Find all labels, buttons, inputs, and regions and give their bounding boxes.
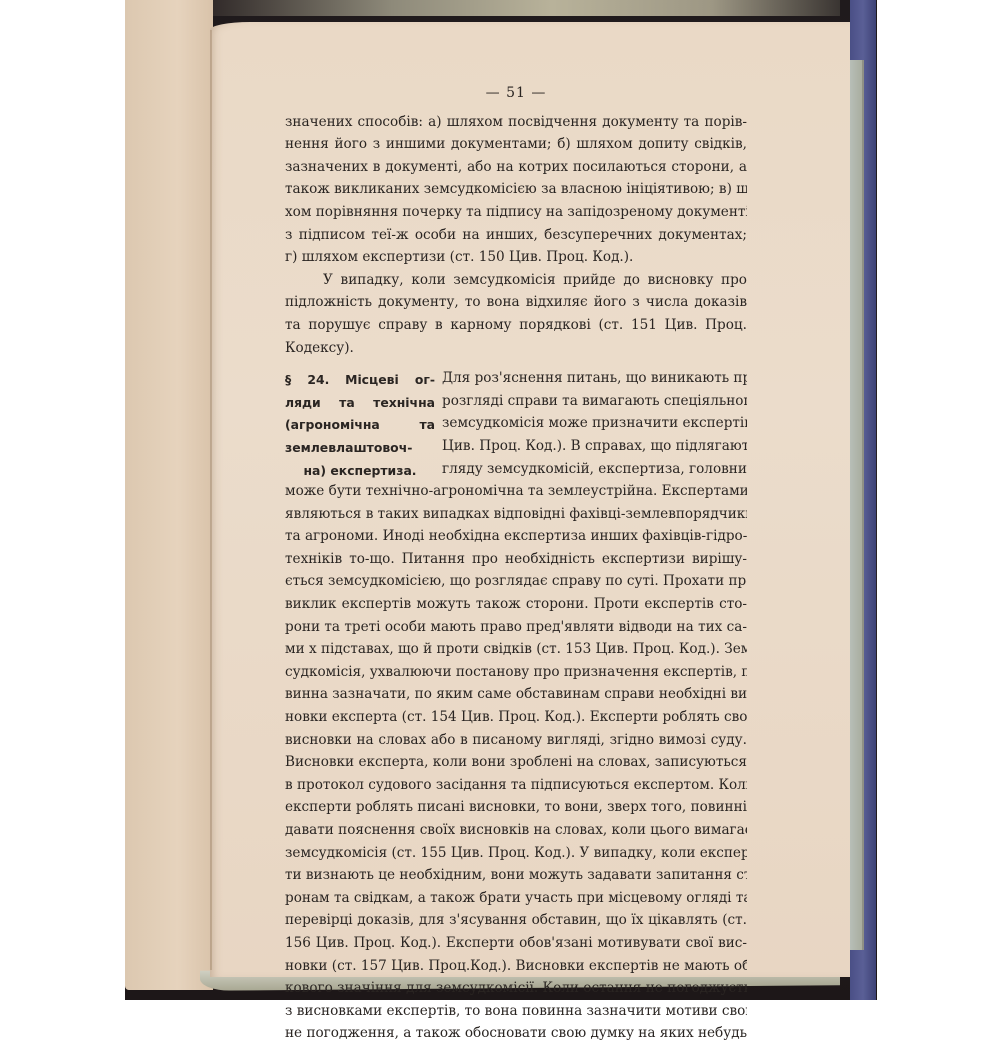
text-line: хом порівняння почерку та підпису на зап…: [285, 201, 747, 224]
text-line: техніків то-що. Питання про необхідність…: [285, 548, 747, 571]
text-line: земсудкомісія (ст. 155 Цив. Проц. Код.).…: [285, 842, 747, 865]
text-line: розгляді справи та вимагають спеціяльног…: [442, 390, 747, 413]
page-gutter: [210, 30, 212, 970]
margin-title-line: землевлаштовоч-: [285, 437, 435, 460]
top-page-edge: [200, 0, 840, 16]
text-line: ронам та свідкам, а також брати участь п…: [285, 887, 747, 910]
margin-title-line: ляди та технічна: [285, 392, 435, 415]
text-line: перевірці доказів, для з'ясування обстав…: [285, 909, 747, 932]
section-number: § 24.: [285, 372, 329, 387]
text-line: з підписом теї-ж особи на инших, безсупе…: [285, 224, 747, 247]
text-line: являються в таких випадках відповідні фа…: [285, 503, 747, 526]
text-line: новки (ст. 157 Цив. Проц.Код.). Висновки…: [285, 955, 747, 978]
text-line: та порушує справу в карному порядкові (с…: [285, 314, 747, 337]
page-text-block: — 51 — значених способів: а) шляхом посв…: [285, 82, 747, 1000]
text-line: може бути технічно-агрономічна та землеу…: [285, 480, 747, 503]
text-line: ми х підставах, що й проти свідків (ст. …: [285, 638, 747, 661]
text-line: виклик експертів можуть також сторони. П…: [285, 593, 747, 616]
text-line: земсудкомісія може призначити експертів …: [442, 412, 747, 435]
text-line: Цив. Проц. Код.). В справах, що підлягаю…: [442, 435, 747, 458]
text-line: Кодексу).: [285, 337, 747, 360]
text-line: нення його з иншими документами; б) шлях…: [285, 133, 747, 156]
text-line: значених способів: а) шляхом посвідчення…: [285, 111, 747, 134]
paragraph-1: значених способів: а) шляхом посвідчення…: [285, 111, 747, 269]
left-facing-page: [125, 0, 213, 990]
text-line: новки експерта (ст. 154 Цив. Проц. Код.)…: [285, 706, 747, 729]
text-line: зазначених в документі, або на котрих по…: [285, 156, 747, 179]
section-24: § 24. Місцеві ог- ляди та технічна (агро…: [285, 367, 747, 1000]
paragraph-2: У випадку, коли земсудкомісія прийде до …: [285, 269, 747, 359]
text-line: в протокол судового засідання та підпису…: [285, 774, 747, 797]
text-line: гляду земсудкомісій, експертиза, головни…: [442, 458, 747, 481]
text-line: давати пояснення своїх висновків на слов…: [285, 819, 747, 842]
text-line: винна зазначати, по яким саме обставинам…: [285, 683, 747, 706]
margin-title-line: на) експертиза.: [285, 460, 435, 483]
text-line: 156 Цив. Проц. Код.). Експерти обов'язан…: [285, 932, 747, 955]
text-line: У випадку, коли земсудкомісія прийде до …: [285, 269, 747, 292]
text-line: судкомісія, ухвалюючи постанову про приз…: [285, 661, 747, 684]
text-line: висновки на словах або в писаному вигляд…: [285, 729, 747, 752]
page-number: — 51 —: [285, 82, 747, 105]
text-line: ти визнають це необхідним, вони можуть з…: [285, 864, 747, 887]
text-line: Для роз'яснення питань, що виникають при: [442, 367, 747, 390]
text-line: та агрономи. Иноді необхідна експертиза …: [285, 525, 747, 548]
text-line: також викликаних земсудкомісією за власн…: [285, 178, 747, 201]
margin-title-line: (агрономічна та: [285, 414, 435, 437]
text-line: експерти роблять писані висновки, то вон…: [285, 796, 747, 819]
text-line: рони та треті особи мають право пред'явл…: [285, 616, 747, 639]
text-line: кового значіння для земсудкомісії. Коли …: [285, 977, 747, 1000]
margin-title-line: § 24. Місцеві ог-: [285, 369, 435, 392]
text-line: ється земсудкомісією, що розглядає справ…: [285, 570, 747, 593]
photo-scene: — 51 — значених способів: а) шляхом посв…: [0, 0, 1000, 1000]
text-line: підложність документу, то вона відхиляє …: [285, 291, 747, 314]
text-line: г) шляхом експертизи (ст. 150 Цив. Проц.…: [285, 246, 747, 269]
section-margin-title: § 24. Місцеві ог- ляди та технічна (агро…: [285, 369, 435, 482]
text-line: Висновки експерта, коли вони зроблені на…: [285, 751, 747, 774]
